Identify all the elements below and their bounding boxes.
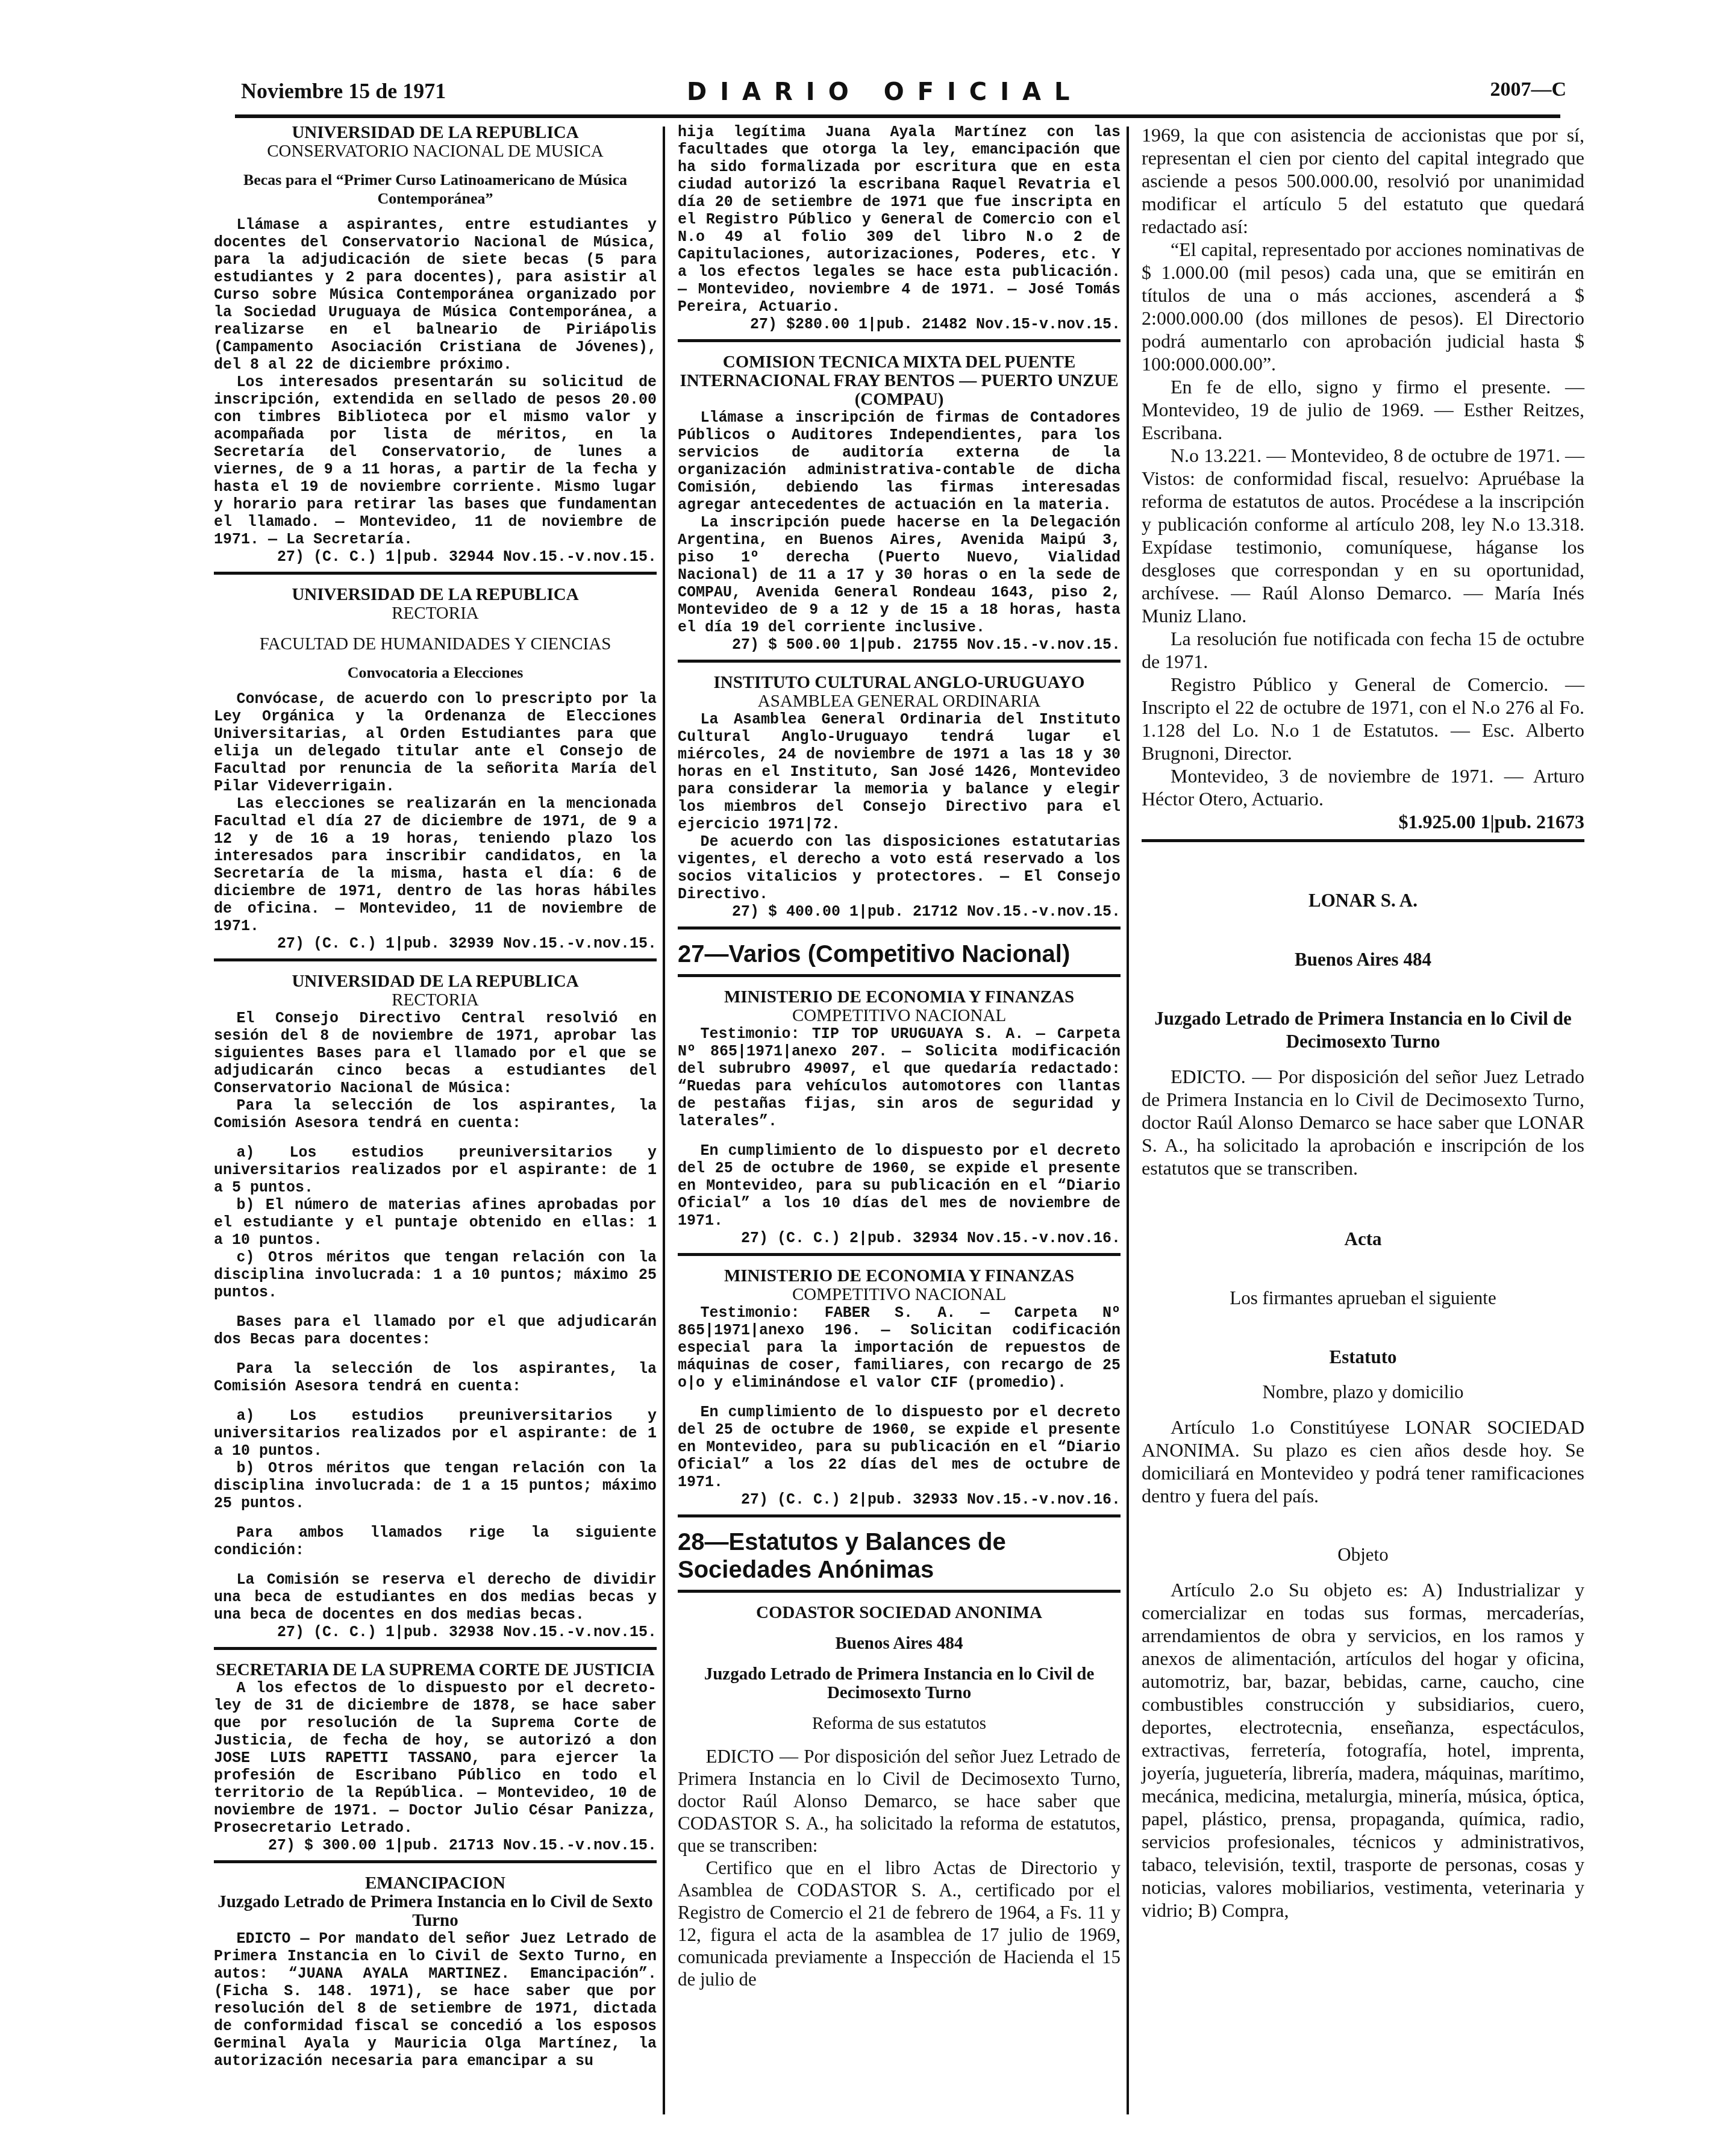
notice-rule [678, 660, 1121, 663]
notice-heading: SECRETARIA DE LA SUPREMA CORTE DE JUSTIC… [214, 1661, 657, 1679]
notice-heading: COMISION TECNICA MIXTA DEL PUENTE INTERN… [678, 353, 1121, 409]
notice-faber: MINISTERIO DE ECONOMIA Y FINANZAS COMPET… [678, 1267, 1121, 1508]
notice-heading: MINISTERIO DE ECONOMIA Y FINANZAS [678, 1267, 1121, 1286]
notice-subheading: Nombre, plazo y domicilio [1142, 1381, 1584, 1404]
notice-paragraph: En fe de ello, signo y firmo el presente… [1142, 375, 1584, 444]
section-heading-28: 28—Estatutos y Balances de Sociedades An… [678, 1528, 1121, 1584]
publication-ref: 27) (C. C.) 1|pub. 32939 Nov.15.-v.nov.1… [214, 935, 657, 952]
notice-subheading: Convocatoria a Elecciones [214, 663, 657, 682]
notice-paragraph: “El capital, representado por acciones n… [1142, 238, 1584, 375]
notice-suprema-corte: SECRETARIA DE LA SUPREMA CORTE DE JUSTIC… [214, 1661, 657, 1854]
section-heading-27: 27—Varios (Competitivo Nacional) [678, 940, 1121, 968]
criteria-item: b) El número de materias afines aprobada… [214, 1196, 657, 1249]
notice-compau: COMISION TECNICA MIXTA DEL PUENTE INTERN… [678, 353, 1121, 654]
section-rule [678, 1590, 1121, 1593]
notice-paragraph: EDICTO — Por mandato del señor Juez Letr… [214, 1930, 657, 2070]
notice-paragraph: Bases para el llamado por el que adjudic… [214, 1313, 657, 1348]
criteria-item: c) Otros méritos que tengan relación con… [214, 1249, 657, 1301]
notice-codastor: CODASTOR SOCIEDAD ANONIMA Buenos Aires 4… [678, 1604, 1121, 1990]
notice-heading: EMANCIPACION [214, 1874, 657, 1893]
notice-subheading: Juzgado Letrado de Primera Instancia en … [678, 1665, 1121, 1702]
notice-paragraph: Artículo 1.o Constitúyese LONAR SOCIEDAD… [1142, 1416, 1584, 1507]
notice-paragraph: La resolución fue notificada con fecha 1… [1142, 627, 1584, 673]
header-rule [235, 114, 1560, 118]
section-rule [678, 926, 1121, 930]
notice-subheading: Buenos Aires 484 [1142, 948, 1584, 971]
notice-tip-top: MINISTERIO DE ECONOMIA Y FINANZAS COMPET… [678, 988, 1121, 1247]
notice-paragraph: Llámase a aspirantes, entre estudiantes … [214, 216, 657, 373]
notice-rule [214, 958, 657, 961]
notice-anglo-uruguayo: INSTITUTO CULTURAL ANGLO-URUGUAYO ASAMBL… [678, 673, 1121, 920]
publication-ref: 27) (C. C.) 2|pub. 32934 Nov.15.-v.nov.1… [678, 1230, 1121, 1247]
issue-date: Noviembre 15 de 1971 [241, 78, 446, 104]
column-middle: hija legítima Juana Ayala Martínez con l… [678, 123, 1121, 1990]
publication-ref: 27) $ 400.00 1|pub. 21712 Nov.15.-v.nov.… [678, 903, 1121, 920]
newspaper-title: DIARIO OFICIAL [687, 78, 1083, 106]
notice-paragraph: Testimonio: FABER S. A. — Carpeta Nº 865… [678, 1304, 1121, 1392]
notice-heading: INSTITUTO CULTURAL ANGLO-URUGUAYO [678, 673, 1121, 692]
notice-heading: CONSERVATORIO NACIONAL DE MUSICA [214, 142, 657, 161]
notice-heading: UNIVERSIDAD DE LA REPUBLICA [214, 972, 657, 991]
notice-heading: RECTORIA [214, 604, 657, 623]
notice-heading: FACULTAD DE HUMANIDADES Y CIENCIAS [214, 635, 657, 654]
notice-paragraph: El Consejo Directivo Central resolvió en… [214, 1010, 657, 1097]
notice-paragraph: 1969, la que con asistencia de accionist… [1142, 123, 1584, 238]
notice-paragraph: La inscripción puede hacerse en la Deleg… [678, 514, 1121, 636]
notice-conservatorio-becas: UNIVERSIDAD DE LA REPUBLICA CONSERVATORI… [214, 123, 657, 566]
notice-rule [678, 339, 1121, 342]
notice-heading: LONAR S. A. [1142, 889, 1584, 912]
notice-paragraph: La Asamblea General Ordinaria del Instit… [678, 711, 1121, 833]
notice-subheading: Juzgado Letrado de Primera Instancia en … [214, 1893, 657, 1930]
notice-paragraph: Montevideo, 3 de noviembre de 1971. — Ar… [1142, 764, 1584, 810]
criteria-item: a) Los estudios preuniversitarios y univ… [214, 1144, 657, 1196]
notice-subheading: Objeto [1142, 1543, 1584, 1566]
notice-rectoria-bases: UNIVERSIDAD DE LA REPUBLICA RECTORIA El … [214, 972, 657, 1641]
notice-paragraph: La Comisión se reserva el derecho de div… [214, 1571, 657, 1623]
notice-paragraph: Para ambos llamados rige la siguiente co… [214, 1524, 657, 1559]
notice-subheading: Juzgado Letrado de Primera Instancia en … [1142, 1007, 1584, 1053]
publication-ref: $1.925.00 1|pub. 21673 [1142, 810, 1584, 833]
notice-paragraph: hija legítima Juana Ayala Martínez con l… [678, 123, 1121, 316]
notice-heading: UNIVERSIDAD DE LA REPUBLICA [214, 586, 657, 604]
notice-subheading: Acta [1142, 1228, 1584, 1251]
notice-subheading: Reforma de sus estatutos [678, 1714, 1121, 1733]
notice-emancipacion: EMANCIPACION Juzgado Letrado de Primera … [214, 1874, 657, 2070]
notice-paragraph: N.o 13.221. — Montevideo, 8 de octubre d… [1142, 444, 1584, 627]
notice-paragraph: De acuerdo con las disposiciones estatut… [678, 833, 1121, 903]
publication-ref: 27) (C. C.) 2|pub. 32933 Nov.15.-v.nov.1… [678, 1491, 1121, 1508]
notice-paragraph: A los efectos de lo dispuesto por el dec… [214, 1679, 657, 1837]
publication-ref: 27) $ 500.00 1|pub. 21755 Nov.15.-v.nov.… [678, 636, 1121, 654]
page-number: 2007—C [1490, 78, 1566, 101]
notice-rule [214, 572, 657, 575]
section-rule [678, 974, 1121, 977]
notice-codastor-cont: 1969, la que con asistencia de accionist… [1142, 123, 1584, 833]
criteria-item: a) Los estudios preuniversitarios y univ… [214, 1407, 657, 1460]
notice-heading: RECTORIA [214, 991, 657, 1010]
column-right: 1969, la que con asistencia de accionist… [1142, 123, 1584, 1922]
section-rule [678, 1514, 1121, 1517]
notice-paragraph: Para la selección de los aspirantes, la … [214, 1097, 657, 1132]
notice-heading: ASAMBLEA GENERAL ORDINARIA [678, 692, 1121, 711]
notice-rule [678, 1253, 1121, 1256]
notice-humanidades-elecciones: UNIVERSIDAD DE LA REPUBLICA RECTORIA FAC… [214, 586, 657, 952]
notice-rule [214, 1647, 657, 1650]
notice-paragraph: Llámase a inscripción de firmas de Conta… [678, 409, 1121, 514]
notice-heading: UNIVERSIDAD DE LA REPUBLICA [214, 123, 657, 142]
notice-subheading: Los firmantes aprueban el siguiente [1142, 1287, 1584, 1310]
notice-paragraph: EDICTO. — Por disposición del señor Juez… [1142, 1065, 1584, 1180]
publication-ref: 27) (C. C.) 1|pub. 32938 Nov.15.-v.nov.1… [214, 1623, 657, 1641]
column-divider [663, 127, 665, 2114]
notice-paragraph: Los interesados presentarán su solicitud… [214, 373, 657, 548]
notice-lonar: LONAR S. A. Buenos Aires 484 Juzgado Let… [1142, 853, 1584, 1922]
notice-paragraph: Registro Público y General de Comercio. … [1142, 673, 1584, 764]
notice-heading: MINISTERIO DE ECONOMIA Y FINANZAS [678, 988, 1121, 1007]
notice-heading: COMPETITIVO NACIONAL [678, 1007, 1121, 1025]
notice-paragraph: Para la selección de los aspirantes, la … [214, 1360, 657, 1395]
publication-ref: 27) $280.00 1|pub. 21482 Nov.15-v.nov.15… [678, 316, 1121, 333]
notice-rule [1142, 839, 1584, 842]
notice-subheading: Estatuto [1142, 1346, 1584, 1369]
notice-paragraph: Testimonio: TIP TOP URUGUAYA S. A. — Car… [678, 1025, 1121, 1130]
column-left: UNIVERSIDAD DE LA REPUBLICA CONSERVATORI… [214, 123, 657, 2070]
publication-ref: 27) (C. C.) 1|pub. 32944 Nov.15.-v.nov.1… [214, 548, 657, 566]
notice-paragraph: EDICTO — Por disposición del señor Juez … [678, 1745, 1121, 1857]
criteria-item: b) Otros méritos que tengan relación con… [214, 1460, 657, 1512]
notice-heading: CODASTOR SOCIEDAD ANONIMA [678, 1604, 1121, 1622]
notice-subheading: Buenos Aires 484 [678, 1634, 1121, 1653]
notice-paragraph: Convócase, de acuerdo con lo prescripto … [214, 690, 657, 795]
notice-paragraph: En cumplimiento de lo dispuesto por el d… [678, 1404, 1121, 1491]
notice-paragraph: Artículo 2.o Su objeto es: A) Industrial… [1142, 1578, 1584, 1922]
notice-emancipacion-cont: hija legítima Juana Ayala Martínez con l… [678, 123, 1121, 333]
notice-paragraph: Las elecciones se realizarán en la menci… [214, 795, 657, 935]
notice-subheading: Becas para el “Primer Curso Latinoameric… [214, 170, 657, 208]
notice-heading: COMPETITIVO NACIONAL [678, 1286, 1121, 1304]
notice-paragraph: Certifico que en el libro Actas de Direc… [678, 1857, 1121, 1990]
notice-paragraph: En cumplimiento de lo dispuesto por el d… [678, 1142, 1121, 1230]
publication-ref: 27) $ 300.00 1|pub. 21713 Nov.15.-v.nov.… [214, 1837, 657, 1854]
column-divider [1127, 127, 1129, 2114]
notice-rule [214, 1860, 657, 1863]
